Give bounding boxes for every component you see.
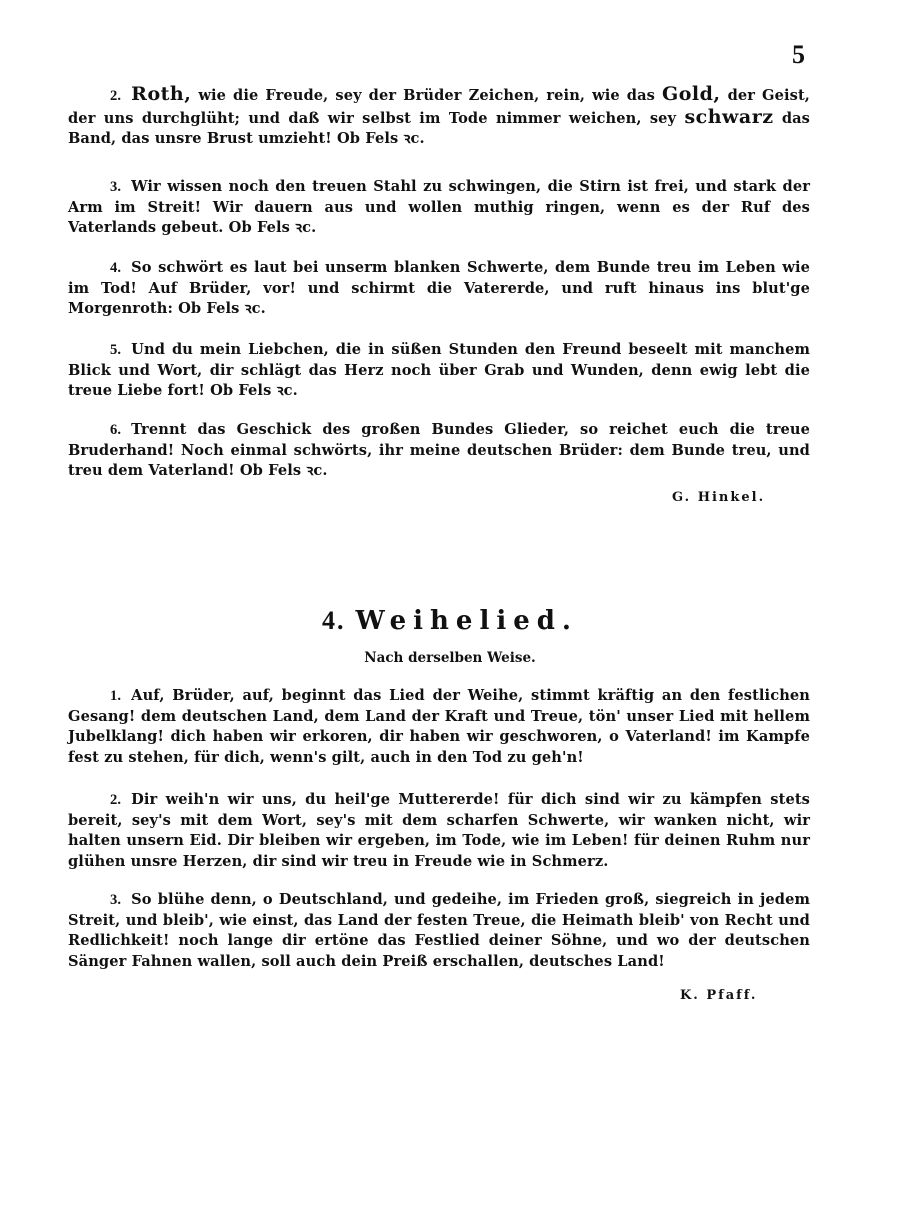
stanza-number: 1. <box>110 686 121 707</box>
song-subtitle: Nach derselben Weise. <box>0 650 900 666</box>
stanza-number: 2. <box>110 86 121 107</box>
stanza-prev-5: 5.Und du mein Liebchen, die in süßen Stu… <box>68 340 810 402</box>
emphasized-word-roth: Roth, <box>131 83 191 105</box>
stanza-text: Und du mein Liebchen, die in süßen Stund… <box>68 341 810 399</box>
stanza-number: 5. <box>110 340 121 361</box>
page-number: 5 <box>792 40 805 70</box>
stanza-text: So schwört es laut bei unserm blanken Sc… <box>68 259 810 317</box>
stanza-text: Auf, Brüder, auf, beginnt das Lied der W… <box>68 687 810 766</box>
stanza-text: Dir weih'n wir uns, du heil'ge Muttererd… <box>68 791 810 870</box>
stanza-3: 3.So blühe denn, o Deutschland, und gede… <box>68 890 810 972</box>
author-signature: K. Pfaff. <box>680 988 757 1003</box>
stanza-prev-6: 6.Trennt das Geschick des großen Bundes … <box>68 420 810 482</box>
song-title-text: Weihelied. <box>356 606 578 636</box>
stanza-number: 4. <box>110 258 121 279</box>
stanza-1: 1.Auf, Brüder, auf, beginnt das Lied der… <box>68 686 810 768</box>
stanza-number: 3. <box>110 177 121 198</box>
stanza-number: 3. <box>110 890 121 911</box>
emphasized-word-schwarz: schwarz <box>684 106 773 128</box>
stanza-2: 2.Dir weih'n wir uns, du heil'ge Muttere… <box>68 790 810 872</box>
stanza-number: 2. <box>110 790 121 811</box>
stanza-prev-4: 4.So schwört es laut bei unserm blanken … <box>68 258 810 320</box>
author-signature: G. Hinkel. <box>672 490 765 505</box>
stanza-text: Trennt das Geschick des großen Bundes Gl… <box>68 421 810 479</box>
song-number: 4. <box>322 606 346 635</box>
stanza-prev-2: 2.Roth, wie die Freude, sey der Brüder Z… <box>68 84 810 150</box>
song-title: 4.Weihelied. <box>0 606 900 636</box>
stanza-text: Wir wissen noch den treuen Stahl zu schw… <box>68 178 810 236</box>
stanza-number: 6. <box>110 420 121 441</box>
stanza-prev-3: 3.Wir wissen noch den treuen Stahl zu sc… <box>68 177 810 239</box>
stanza-text: wie die Freude, sey der Brüder Zeichen, … <box>191 87 662 104</box>
stanza-text: So blühe denn, o Deutschland, und gedeih… <box>68 891 810 970</box>
emphasized-word-gold: Gold, <box>662 83 721 105</box>
